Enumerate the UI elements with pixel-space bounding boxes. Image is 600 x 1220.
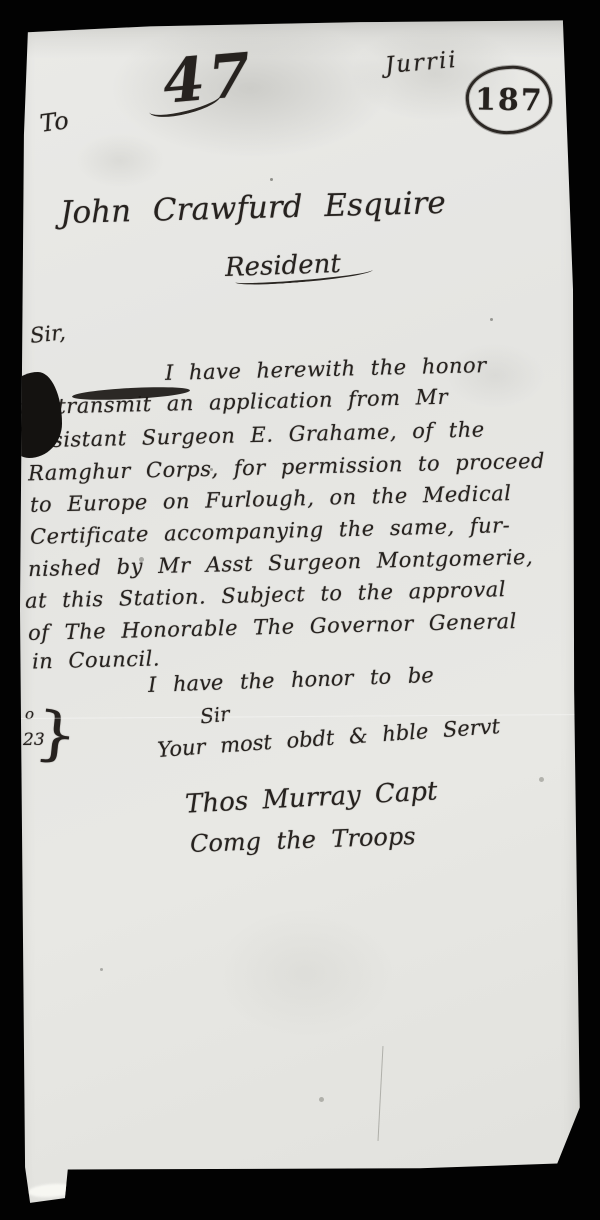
archival-date-note: Jurrii: [384, 47, 459, 79]
page-number-stamp: 187: [464, 64, 553, 136]
body-line: of The Honorable The Governor General: [28, 609, 517, 645]
paper-crack: [378, 1046, 384, 1141]
scan-background: 47 Jurrii 187 To John Crawfurd Esquire R…: [0, 0, 600, 1220]
paper-stain: [215, 908, 395, 1038]
address-to-label: To: [38, 106, 70, 138]
paper-stain: [75, 133, 165, 188]
signature-title: Comg the Troops: [190, 822, 416, 858]
recipient-name: John Crawfurd Esquire: [60, 185, 447, 231]
document-page: 47 Jurrii 187 To John Crawfurd Esquire R…: [20, 18, 582, 1210]
ink-blot: [2, 372, 62, 458]
body-line: Certificate accompanying the same, fur-: [30, 513, 511, 549]
page-number-stamp-value: 187: [474, 82, 543, 118]
body-line: nished by Mr Asst Surgeon Montgomerie,: [28, 545, 534, 581]
body-line: Ramghur Corps, for permission to proceed: [28, 449, 545, 486]
body-line: to Europe on Furlough, on the Medical: [30, 481, 512, 517]
paper-edge-highlight: [28, 1182, 77, 1198]
paper-stain: [20, 18, 582, 58]
body-line: Assistant Surgeon E. Grahame, of the: [25, 417, 485, 452]
body-line: in Council.: [32, 646, 161, 673]
body-line: at this Station. Subject to the approval: [25, 577, 506, 613]
paper-specks: [270, 178, 273, 181]
margin-brace-mark: }: [32, 698, 81, 770]
closing-line: Sir: [199, 702, 231, 729]
margin-note: o: [25, 705, 34, 723]
body-line: I have herewith the honor: [165, 353, 487, 385]
signature: Thos Murray Capt: [184, 776, 438, 819]
closing-line: I have the honor to be: [148, 663, 434, 697]
salutation: Sir,: [29, 320, 67, 348]
body-line: to transmit an application from Mr: [20, 385, 449, 419]
